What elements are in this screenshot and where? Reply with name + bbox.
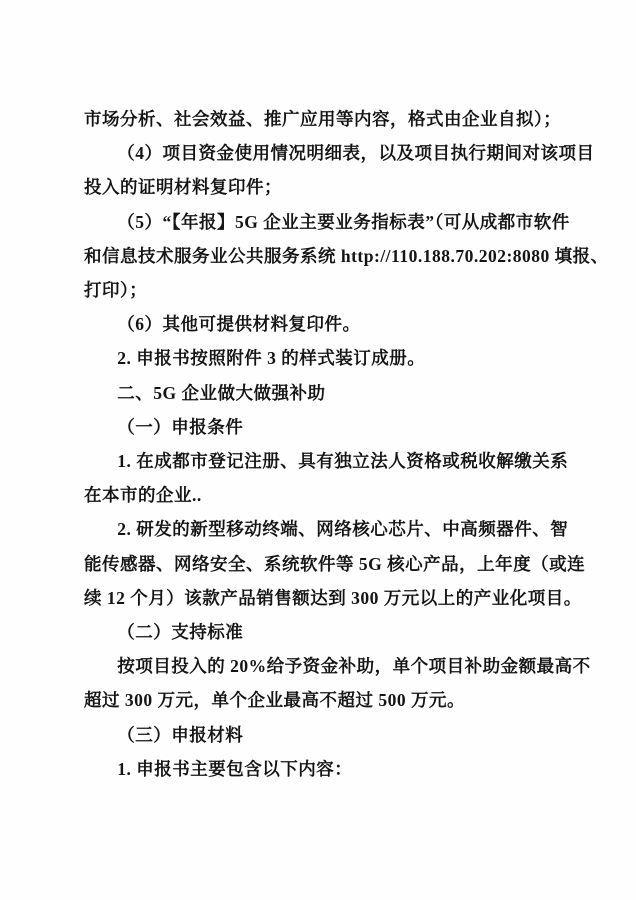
subsection-heading-conditions: （一）申报条件: [84, 410, 570, 444]
paragraph-line: 超过 300 万元，单个企业最高不超过 500 万元。: [84, 683, 570, 717]
page-text-block: 市场分析、社会效益、推广应用等内容，格式由企业自拟）； （4）项目资金使用情况明…: [84, 102, 570, 786]
paragraph-line: 能传感器、网络安全、系统软件等 5G 核心产品，上年度（或连: [84, 547, 570, 581]
paragraph-line-standard-detail: 按项目投入的 20%给予资金补助，单个项目补助金额最高不: [84, 649, 570, 683]
paragraph-line-item-4: （4）项目资金使用情况明细表，以及项目执行期间对该项目: [84, 136, 570, 170]
document-page: 市场分析、社会效益、推广应用等内容，格式由企业自拟）； （4）项目资金使用情况明…: [0, 0, 636, 900]
paragraph-line: 市场分析、社会效益、推广应用等内容，格式由企业自拟）；: [84, 102, 570, 136]
paragraph-line-item-2: 2. 申报书按照附件 3 的样式装订成册。: [84, 341, 570, 375]
paragraph-line-item-6: （6）其他可提供材料复印件。: [84, 307, 570, 341]
subsection-heading-materials: （三）申报材料: [84, 718, 570, 752]
paragraph-line-condition-2: 2. 研发的新型移动终端、网络核心芯片、中高频器件、智: [84, 512, 570, 546]
paragraph-line: 续 12 个月）该款产品销售额达到 300 万元以上的产业化项目。: [84, 581, 570, 615]
section-heading-5g-subsidy: 二、5G 企业做大做强补助: [84, 376, 570, 410]
paragraph-line-url: 和信息技术服务业公共服务系统 http://110.188.70.202:808…: [84, 239, 570, 273]
paragraph-line-item-5: （5）“【年报】5G 企业主要业务指标表”（可从成都市软件: [84, 205, 570, 239]
paragraph-line: 投入的证明材料复印件；: [84, 170, 570, 204]
paragraph-line-materials-intro: 1. 申报书主要包含以下内容：: [84, 752, 570, 786]
subsection-heading-standard: （二）支持标准: [84, 615, 570, 649]
paragraph-line: 在本市的企业..: [84, 478, 570, 512]
paragraph-line-condition-1: 1. 在成都市登记注册、具有独立法人资格或税收解缴关系: [84, 444, 570, 478]
paragraph-line: 打印）；: [84, 273, 570, 307]
